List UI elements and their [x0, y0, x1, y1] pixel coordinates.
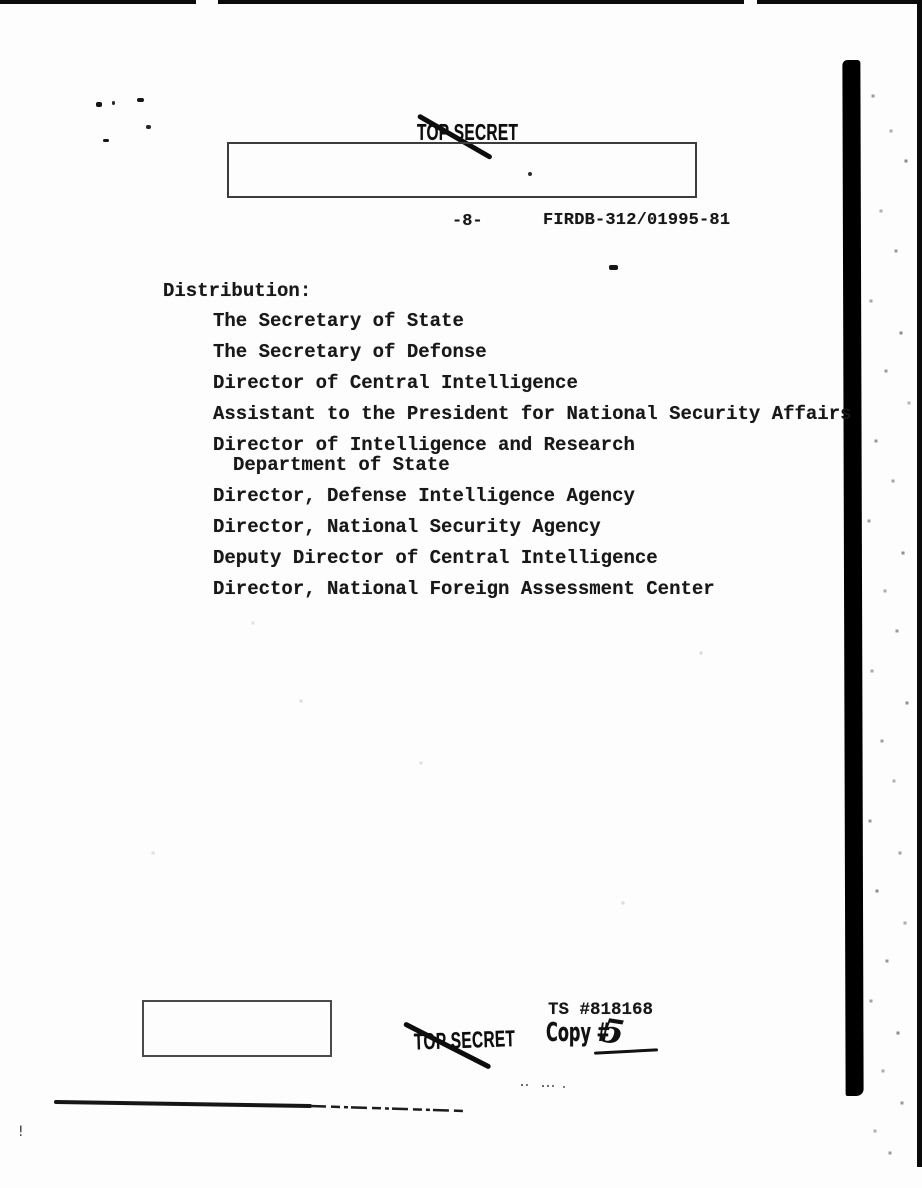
distribution-recipient: The Secretary of Defonse	[213, 342, 852, 362]
distribution-recipient-line2: Department of State	[233, 455, 852, 475]
ink-speck	[137, 98, 144, 102]
page-number: -8-	[452, 212, 483, 231]
distribution-recipient-line1: Director of Intelligence and Research	[213, 435, 852, 455]
distribution-heading: Distribution:	[163, 280, 311, 302]
distribution-list: The Secretary of State The Secretary of …	[213, 311, 852, 610]
distribution-recipient: Director, National Security Agency	[213, 517, 852, 537]
scan-noise-dots	[521, 1084, 523, 1086]
distribution-recipient: Assistant to the President for National …	[213, 404, 852, 424]
ts-control-number: TS #818168	[548, 1000, 653, 1020]
ink-speck	[146, 125, 151, 129]
scan-artifact-top-edge-gap	[744, 0, 757, 4]
redaction-box-top	[227, 142, 697, 198]
scan-artifact-top-edge	[0, 0, 922, 4]
ink-speck	[112, 101, 115, 105]
ink-speck	[103, 139, 109, 142]
distribution-recipient: Director of Intelligence and Research De…	[213, 435, 852, 475]
scan-noise-mark: !	[18, 1124, 24, 1140]
scan-artifact-bottom-line	[48, 1094, 478, 1118]
scan-artifact-top-edge-gap	[196, 0, 218, 4]
distribution-recipient: Director of Central Intelligence	[213, 373, 852, 393]
ink-speck	[96, 102, 102, 107]
distribution-recipient: Director, National Foreign Assessment Ce…	[213, 579, 852, 599]
distribution-recipient: Deputy Director of Central Intelligence	[213, 548, 852, 568]
document-reference-number: FIRDB-312/01995-81	[543, 211, 730, 230]
ink-speck	[609, 265, 618, 270]
distribution-recipient: The Secretary of State	[213, 311, 852, 331]
scan-artifact-right-edge	[917, 0, 922, 1167]
handwritten-copy-number: 5	[598, 1010, 627, 1052]
scan-noise-specks	[0, 0, 2, 2]
scanned-document-page: ! TOP SECRET -8- FIRDB-312/01995-81 Dist…	[0, 0, 922, 1188]
distribution-recipient: Director, Defense Intelligence Agency	[213, 486, 852, 506]
redaction-box-bottom	[142, 1000, 332, 1057]
